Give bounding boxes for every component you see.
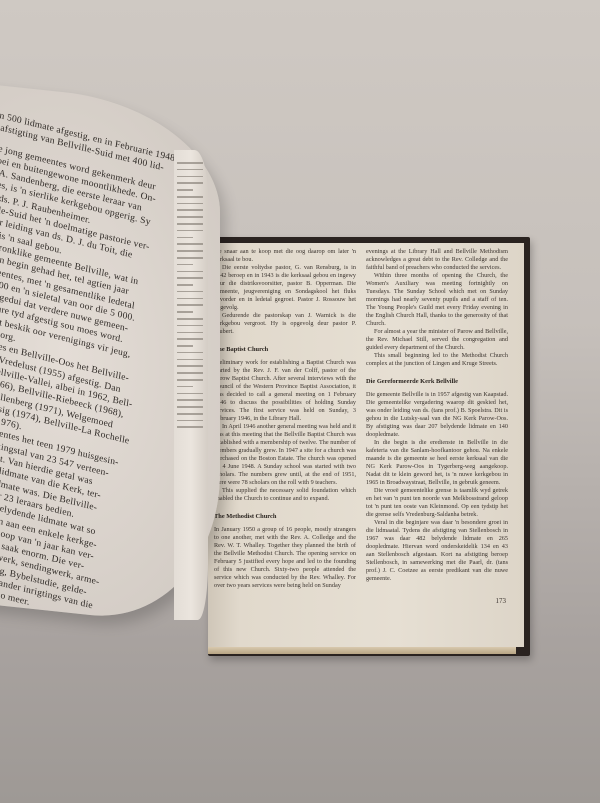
column-left: die snaar aan te koop met die oog daarop… [214,248,356,590]
right-page: die snaar aan te koop met die oog daarop… [208,243,524,647]
curled-page-column [174,150,208,620]
paragraph: This small beginning led to the Methodis… [366,352,508,368]
paragraph: Die eerste voltydse pastor, G. van Rensb… [214,264,356,312]
paragraph: In January 1950 a group of 16 people, mo… [214,526,356,590]
column-right: evenings at the Library Hall and Bellvil… [366,248,508,590]
paragraph: Gedurende die pastorskap van J. Warnick … [214,312,356,336]
section-heading-baptist: The Baptist Church [214,346,356,354]
paragraph: This supplied the necessary solid founda… [214,487,356,503]
paragraph: evenings at the Library Hall and Bellvil… [366,248,508,272]
page-number: 173 [496,597,507,605]
paragraph: Veral in die beginjare was daar 'n beson… [366,519,508,583]
paragraph: In die begin is die eredienste in Bellvi… [366,439,508,487]
right-page-columns: die snaar aan te koop met die oog daarop… [214,248,508,590]
section-heading-methodist: The Methodist Church [214,513,356,521]
paragraph: Die gemeente Bellville is in 1957 afgest… [366,391,508,439]
paragraph: Within three months of opening the Churc… [366,272,508,328]
paragraph: Die vroeë gemeentelike grense is taamlik… [366,487,508,519]
paragraph: Preliminary work for establishing a Bapt… [214,359,356,423]
section-heading-gereformeerde: Die Gereformeerde Kerk Bellville [366,378,508,386]
paragraph: In April 1946 another general meeting wa… [214,423,356,487]
paragraph: For almost a year the minister of Parow … [366,328,508,352]
curled-text-lines [177,162,203,433]
paragraph: die snaar aan te koop met die oog daarop… [214,248,356,264]
left-page-text: en 500 lidmate afgestig, en in Februarie… [0,109,184,629]
page-edge [208,647,516,654]
